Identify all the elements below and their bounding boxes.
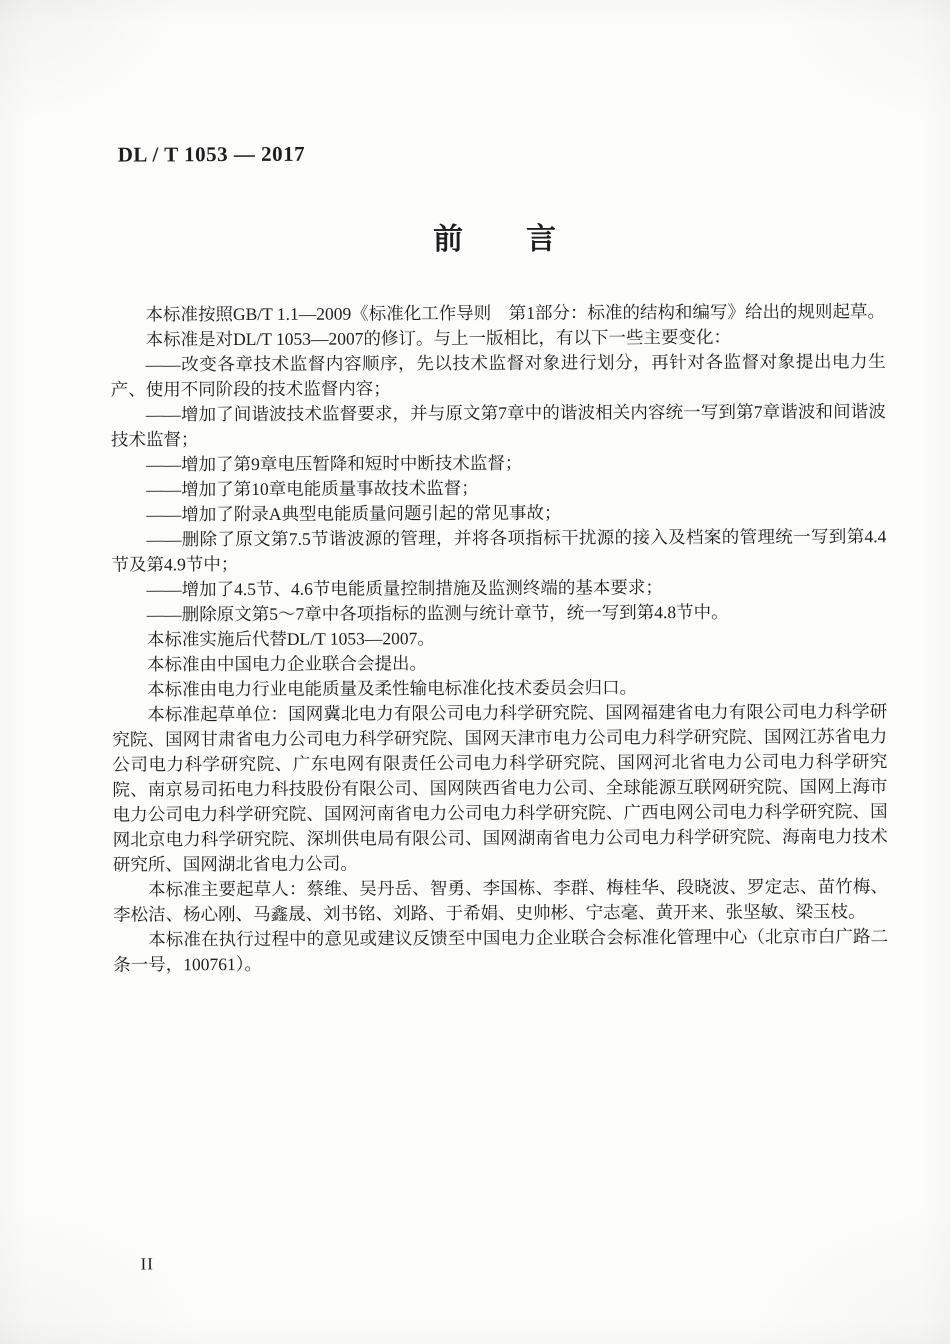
foreword-change-item: ——增加了间谐波技术监督要求，并与原文第7章中的谐波相关内容统一写到第7章谐波和…	[111, 399, 886, 452]
foreword-paragraph: 本标准实施后代替DL/T 1053—2007。	[112, 624, 887, 652]
foreword-paragraph: 本标准按照GB/T 1.1—2009《标准化工作导则 第1部分：标准的结构和编写…	[110, 299, 885, 327]
standard-number-header: DL / T 1053 — 2017	[118, 142, 305, 168]
foreword-change-item: ——增加了附录A典型电能质量问题引起的常见事故；	[111, 499, 886, 527]
paper-sheet: DL / T 1053 — 2017 前 言 本标准按照GB/T 1.1—200…	[0, 0, 950, 1344]
foreword-change-item: ——删除了原文第7.5节谐波源的管理，并将各项指标干扰源的接入及档案的管理统一写…	[111, 524, 886, 577]
drafting-organizations-paragraph: 本标准起草单位：国网冀北电力有限公司电力科学研究院、国网福建省电力有限公司电力科…	[112, 699, 888, 877]
foreword-change-item: ——增加了第9章电压暂降和短时中断技术监督；	[111, 449, 886, 477]
foreword-paragraph: 本标准由电力行业电能质量及柔性输电标准化技术委员会归口。	[112, 674, 887, 702]
foreword-change-item: ——删除原文第5～7章中各项指标的监测与统计章节，统一写到第4.8节中。	[112, 599, 887, 627]
foreword-paragraph: 本标准由中国电力企业联合会提出。	[112, 649, 887, 677]
scanned-document-page: DL / T 1053 — 2017 前 言 本标准按照GB/T 1.1—200…	[0, 0, 950, 1344]
foreword-paragraph: 本标准是对DL/T 1053—2007的修订。与上一版相比，有以下一些主要变化：	[110, 324, 885, 352]
drafters-paragraph: 本标准主要起草人：蔡维、吴丹岳、智勇、李国栋、李群、梅桂华、段晓波、罗定志、苗竹…	[113, 874, 888, 927]
page-title: 前 言	[0, 212, 948, 260]
foreword-change-item: ——改变各章技术监督内容顺序，先以技术监督对象进行划分，再针对各监督对象提出电力…	[111, 349, 886, 402]
foreword-change-item: ——增加了第10章电能质量事故技术监督；	[111, 474, 886, 502]
foreword-body: 本标准按照GB/T 1.1—2009《标准化工作导则 第1部分：标准的结构和编写…	[110, 299, 888, 977]
page-number: II	[141, 1254, 154, 1274]
foreword-change-item: ——增加了4.5节、4.6节电能质量控制措施及监测终端的基本要求；	[112, 574, 887, 602]
feedback-address-paragraph: 本标准在执行过程中的意见或建议反馈至中国电力企业联合会标准化管理中心（北京市白广…	[113, 924, 888, 977]
